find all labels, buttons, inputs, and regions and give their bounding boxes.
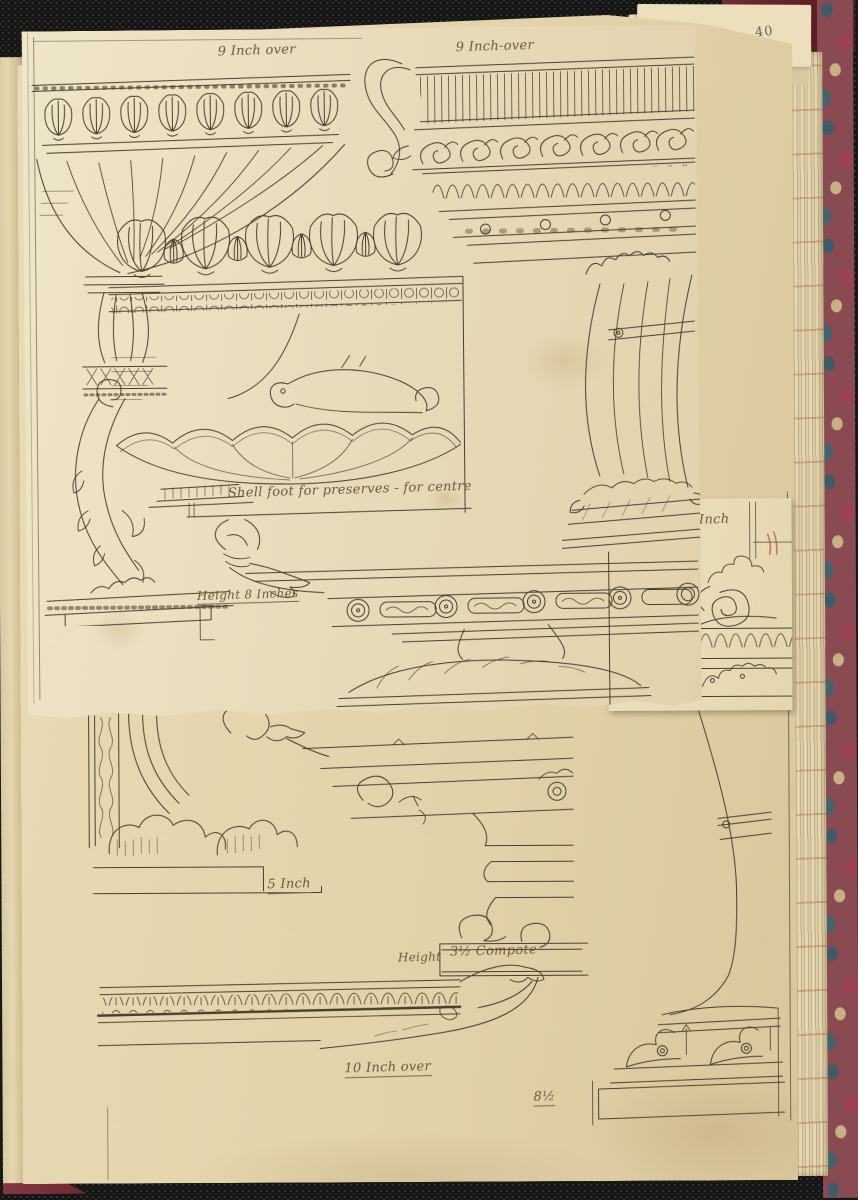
- annotation-nine-inch-over-right: 9 Inch-over: [455, 38, 534, 55]
- open-sketchbook: 40: [0, 0, 858, 1200]
- annotation-nine-inch-over-left: 9 Inch over: [218, 42, 296, 59]
- annotation-height-eight-inches: Height 8 Inches: [197, 586, 299, 605]
- drawing-shell-foot-dish: [102, 204, 475, 520]
- drawing-long-tazza-height-eight: [195, 515, 702, 720]
- annotation-ten-inch-over: 10 Inch over: [344, 1059, 431, 1078]
- annotation-height-word: Height: [398, 949, 442, 964]
- annotation-five-inch: 5 Inch: [267, 876, 311, 894]
- annotation-compote-three-half: 3½ Compote: [450, 942, 538, 959]
- annotation-eight-half: 8½: [533, 1089, 555, 1107]
- tipped-in-sheet: 9 Inch over 9 Inch-over Shell foot for p…: [22, 25, 703, 721]
